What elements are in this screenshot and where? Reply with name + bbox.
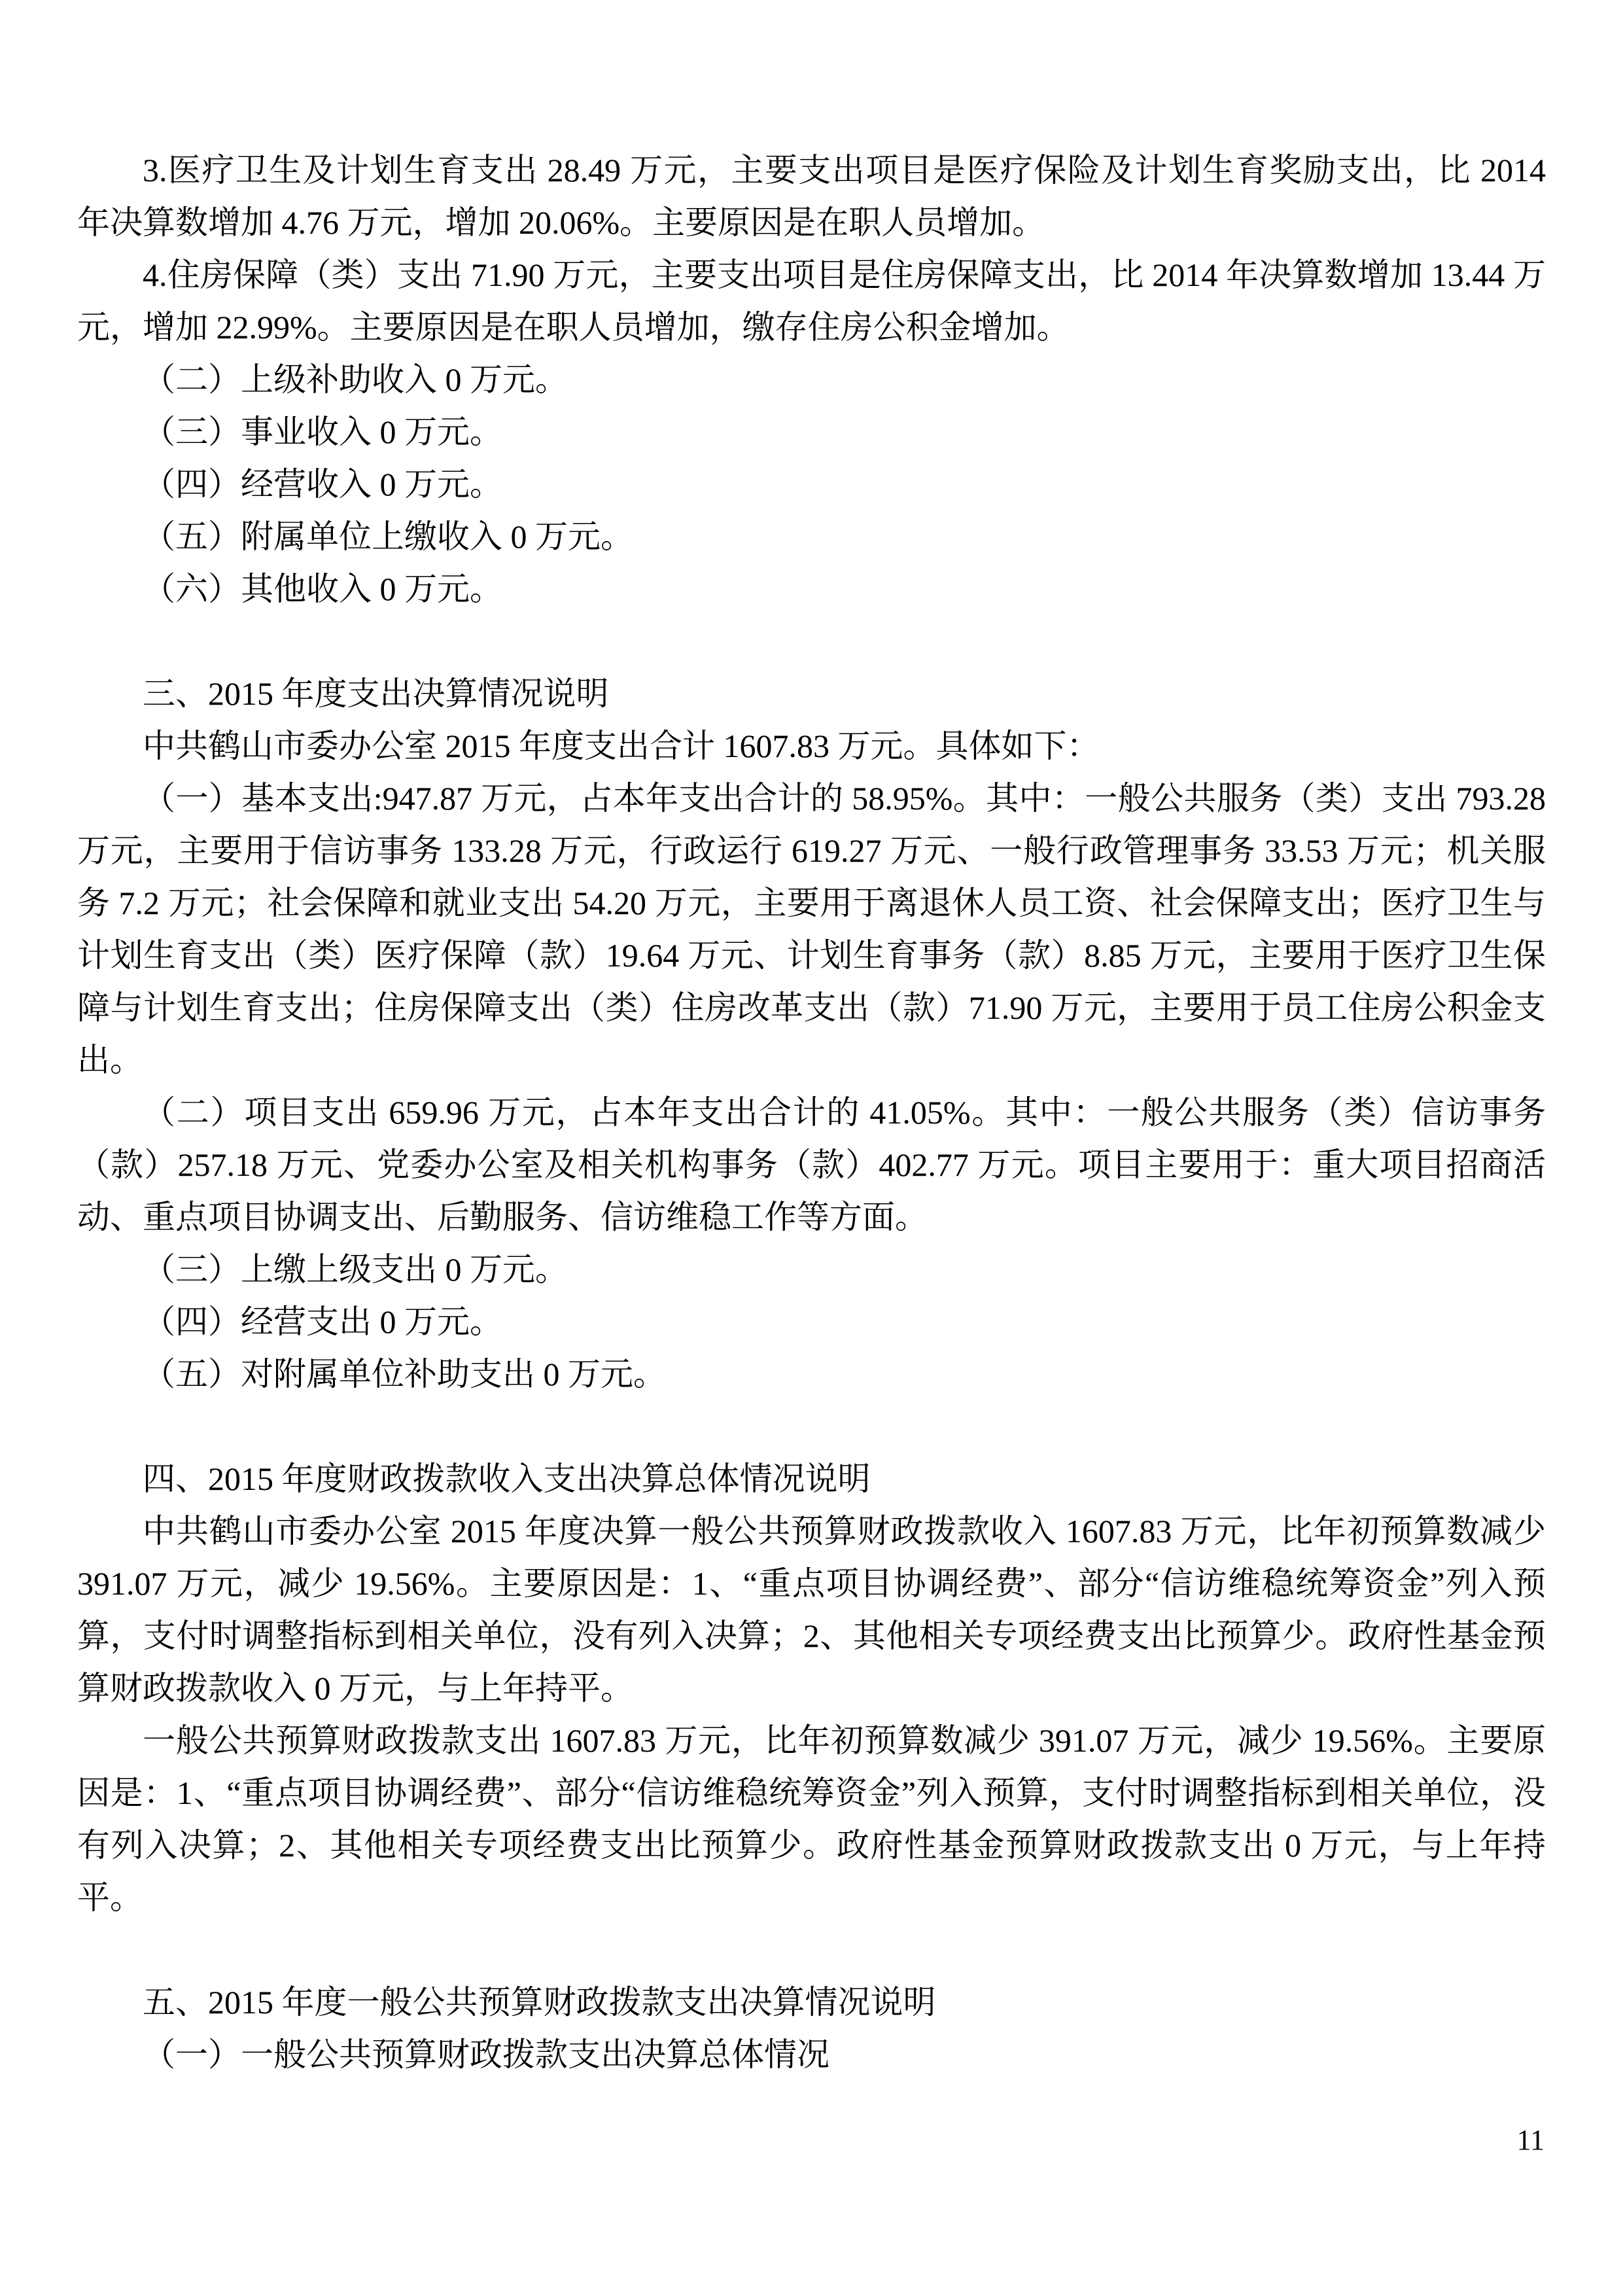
paragraph-total-expenditure: 中共鹤山市委办公室 2015 年度支出合计 1607.83 万元。具体如下： [77, 720, 1546, 772]
blank-line [77, 615, 1546, 667]
list-item-subsidy-expenditure: （五）对附属单位补助支出 0 万元。 [77, 1348, 1546, 1400]
list-item-other-income: （六）其他收入 0 万元。 [77, 563, 1546, 615]
page-number: 11 [1517, 2124, 1544, 2157]
document-body: 3.医疗卫生及计划生育支出 28.49 万元，主要支出项目是医疗保险及计划生育奖… [77, 144, 1546, 2081]
list-item-operating-expenditure: （四）经营支出 0 万元。 [77, 1296, 1546, 1348]
blank-line [77, 1400, 1546, 1453]
list-item-affiliated-unit-income: （五）附属单位上缴收入 0 万元。 [77, 510, 1546, 563]
paragraph-project-expenditure: （二）项目支出 659.96 万元，占本年支出合计的 41.05%。其中：一般公… [77, 1086, 1546, 1243]
section-heading-4: 四、2015 年度财政拨款收入支出决算总体情况说明 [77, 1453, 1546, 1505]
list-item-pay-superior-expenditure: （三）上缴上级支出 0 万元。 [77, 1243, 1546, 1296]
list-item-operating-income: （四）经营收入 0 万元。 [77, 458, 1546, 510]
section-heading-3: 三、2015 年度支出决算情况说明 [77, 667, 1546, 720]
list-item-superior-subsidy-income: （二）上级补助收入 0 万元。 [77, 353, 1546, 406]
list-item-business-income: （三）事业收入 0 万元。 [77, 406, 1546, 458]
paragraph-basic-expenditure: （一）基本支出:947.87 万元，占本年支出合计的 58.95%。其中：一般公… [77, 772, 1546, 1086]
paragraph-medical-expenditure: 3.医疗卫生及计划生育支出 28.49 万元，主要支出项目是医疗保险及计划生育奖… [77, 144, 1546, 249]
subsection-heading-5-1: （一）一般公共预算财政拨款支出决算总体情况 [77, 2028, 1546, 2081]
paragraph-fiscal-appropriation-income: 中共鹤山市委办公室 2015 年度决算一般公共预算财政拨款收入 1607.83 … [77, 1505, 1546, 1714]
paragraph-fiscal-appropriation-expenditure: 一般公共预算财政拨款支出 1607.83 万元，比年初预算数减少 391.07 … [77, 1714, 1546, 1924]
document-page: 3.医疗卫生及计划生育支出 28.49 万元，主要支出项目是医疗保险及计划生育奖… [0, 0, 1623, 2296]
blank-line [77, 1924, 1546, 1976]
paragraph-housing-expenditure: 4.住房保障（类）支出 71.90 万元，主要支出项目是住房保障支出，比 201… [77, 249, 1546, 353]
section-heading-5: 五、2015 年度一般公共预算财政拨款支出决算情况说明 [77, 1976, 1546, 2028]
